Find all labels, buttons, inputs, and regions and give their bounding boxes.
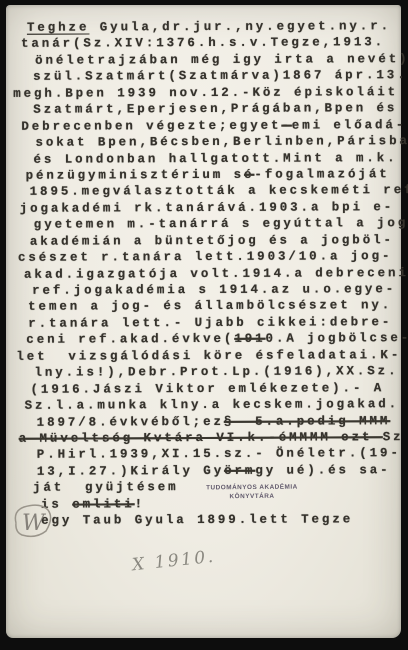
handwritten-note: X 1910. [131, 547, 216, 576]
pencil-circle-icon: W [9, 502, 55, 542]
typed-line: P.Hirl.1939,XI.15.sz.- Önéletr.(19- [7, 446, 402, 464]
typed-segment: lny.is!),Debr.Prot.Lp.(1916),XX.Sz. [34, 364, 398, 380]
typed-line: pénzügyminisztérium sé-fogalmazóját [6, 166, 401, 184]
library-stamp-line1: TUDOMÁNYOS AKADÉMIA [197, 484, 307, 493]
library-stamp: TUDOMÁNYOS AKADÉMIA KÖNYVTÁRA [197, 484, 307, 502]
typed-segment-strike: é [244, 168, 254, 182]
typed-line: sokat Bpen,Bécsben,Berlinben,Párisban [5, 133, 400, 151]
typed-segment: ceni ref.akad.évkve( [26, 332, 234, 347]
index-card: Teghze Gyula,dr.jur.,ny.egyet.ny.r.tanár… [6, 5, 401, 638]
typed-line: 13,I.27.)Király Györmgy ué).és sa- [7, 462, 402, 480]
typed-segment: ref.jogakadémia s 1914.az u.o.egye- [32, 282, 396, 298]
typed-line: tanár(Sz.XIV:1376.h.s.v.Tegze,1913. [5, 35, 400, 53]
typed-line: 1895.megválasztották a kecskeméti ref [6, 183, 401, 201]
typed-segment: megh.Bpen 1939 nov.12.-Köz épiskoláit [13, 85, 398, 101]
typed-segment: 1895.megválasztották a kecskeméti ref [30, 183, 408, 199]
typed-line: Sz.l.a.munka klny.a kecskem.jogakad. [7, 396, 402, 414]
typed-segment: r.tanára lett.- Ujabb cikkei:debre- [28, 315, 392, 331]
typed-segment: Gyula,dr.jur.,ny.egyet.ny.r. [89, 19, 391, 34]
typed-segment: tanár(Sz.XIV:1376.h.s.v.Tegze,1913. [21, 36, 385, 52]
typed-segment-strike: - [281, 118, 291, 132]
typed-segment: pénzügyminisztérium s [26, 168, 244, 183]
circled-letter: W [22, 511, 47, 536]
typed-segment: sokat Bpen,Bécsben,Berlinben,Párisban [35, 134, 408, 150]
typed-line: akad.igazgatója volt.1914.a debreceni [6, 265, 401, 283]
typed-segment: akad.igazgatója volt.1914.a debreceni [24, 266, 408, 282]
typed-segment: és Londonban hallgatott.Mint a m.k. [33, 151, 397, 167]
typed-segment: gyetemen m.-tanárrá s egyúttal a jog- [34, 216, 408, 232]
typed-line: megh.Bpen 1939 nov.12.-Köz épiskoláit [5, 84, 400, 102]
typed-line: Debrecenben végezte;egyet-emi előadá- [5, 117, 400, 135]
typed-line: Szatmárt,Eperjesen,Prágában,Bpen és [5, 100, 400, 118]
handwritten-circle-mark: W [9, 502, 55, 542]
typed-segment-underline: Teghze [27, 20, 89, 34]
typed-segment: let vizsgálódási köre ésfeladatai.K- [16, 348, 401, 364]
typed-segment: temen a jog- és állambölcsészet ny. [28, 299, 392, 315]
typed-line: jogakadémi rk.tanárává.1903.a bpi e- [6, 199, 401, 217]
typed-segment: csészet r.tanára lett.1903/10.a jog- [18, 249, 393, 265]
library-stamp-line2: KÖNYVTÁRA [197, 492, 307, 501]
typed-segment: Debrecenben végezte;egyet [21, 118, 281, 133]
typed-segment: Szatmárt,Eperjesen,Prágában,Bpen és [33, 101, 397, 117]
typed-line: gyetemen m.-tanárrá s egyúttal a jog- [6, 215, 401, 233]
typed-segment: akadémián a büntetőjog és a jogböl- [30, 233, 394, 249]
typed-segment: P.Hirl.1939,XI.15.sz.- Önéletr.(19- [37, 447, 401, 463]
typed-segment: 13,I.27.)Király Gy [37, 464, 224, 479]
typed-segment: egy Taub Gyula 1899.lett Tegze [41, 512, 353, 527]
typed-segment: ját gyüjtésem [33, 480, 179, 495]
typed-line: akadémián a büntetőjog és a jogböl- [6, 232, 401, 250]
typed-segment-strike: a Müveltség Kvtára VI.k.-éMMMM ezt [19, 430, 383, 446]
typed-segment: (1916.Jászi Viktor emlékezete).- A [30, 381, 384, 397]
typed-line: Teghze Gyula,dr.jur.,ny.egyet.ny.r. [5, 18, 400, 36]
typed-segment: jogakadémi rk.tanárává.1903.a bpi e- [20, 200, 395, 216]
typed-text: Teghze Gyula,dr.jur.,ny.egyet.ny.r.tanár… [5, 18, 402, 529]
typed-segment: emi előadá- [292, 118, 406, 132]
typed-segment: -fogalmazóját [254, 167, 389, 182]
typed-segment: Sz [383, 430, 404, 444]
typed-segment-strike: emliti [72, 497, 134, 511]
typed-segment: önéletrajzában még igy irta a nevét) [35, 52, 408, 68]
typed-line: önéletrajzában még igy irta a nevét) [5, 51, 400, 69]
typed-segment: ! [135, 497, 145, 511]
typed-segment-strike: § 5.a.pedig MMM [224, 414, 390, 429]
typed-segment-strike: örm [224, 464, 255, 478]
typed-line: a Müveltség Kvtára VI.k.-éMMMM ezt Sz [7, 429, 402, 447]
typed-line: r.tanára lett.- Ujabb cikkei:debre- [6, 314, 401, 332]
typed-line: 1897/8.évkvéből;ez§ 5.a.pedig MMM [7, 413, 402, 431]
typed-segment: Sz.l.a.munka klny.a kecskem.jogakad. [25, 397, 400, 413]
typed-line: szül.Szatmárt(Szatmárva)1867 ápr.13. [5, 67, 400, 85]
typed-segment: 1897/8.évkvéből;ez [37, 414, 224, 429]
typed-segment: szül.Szatmárt(Szatmárva)1867 ápr.13. [33, 68, 408, 84]
typed-line: csészet r.tanára lett.1903/10.a jog- [6, 248, 401, 266]
scanned-image: Teghze Gyula,dr.jur.,ny.egyet.ny.r.tanár… [0, 0, 408, 650]
typed-line: let vizsgálódási köre ésfeladatai.K- [6, 347, 401, 365]
typed-segment: gy ué).és sa- [255, 463, 390, 478]
typed-line: lny.is!),Debr.Prot.Lp.(1916),XX.Sz. [6, 363, 401, 381]
typed-line: és Londonban hallgatott.Mint a m.k. [5, 150, 400, 168]
typed-line: ceni ref.akad.évkve(1910.A jogbölcse- [6, 330, 401, 348]
typed-line: ref.jogakadémia s 1914.az u.o.egye- [6, 281, 401, 299]
typed-segment-strike: 191 [234, 332, 265, 346]
typed-line: (1916.Jászi Viktor emlékezete).- A [6, 380, 401, 398]
typed-segment: 0.A jogbölcse- [266, 331, 408, 346]
typed-line: egy Taub Gyula 1899.lett Tegze [7, 511, 402, 529]
typed-line: temen a jog- és állambölcsészet ny. [6, 298, 401, 316]
